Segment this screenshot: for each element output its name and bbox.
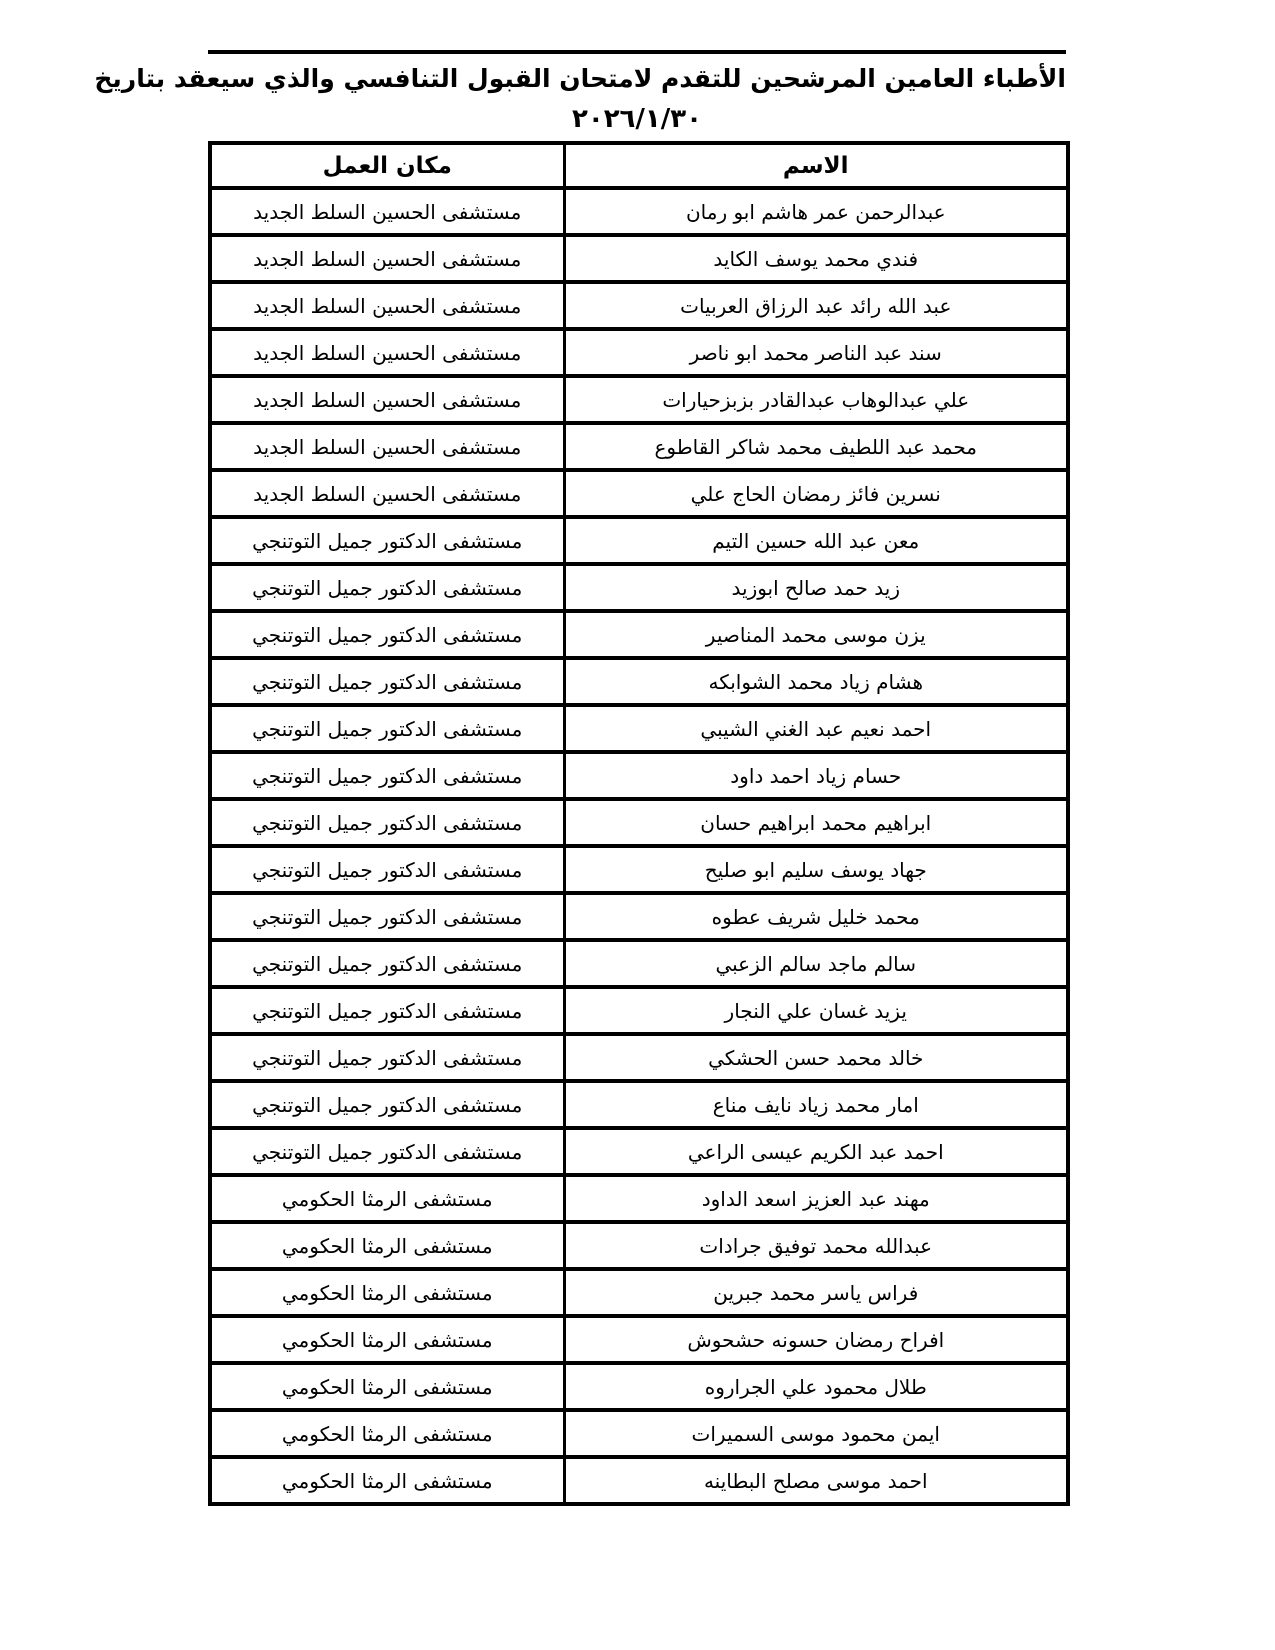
table-row: هشام زياد محمد الشوابكهمستشفى الدكتور جم… — [210, 658, 1068, 705]
cell-candidate-name: سالم ماجد سالم الزعبي — [564, 940, 1068, 987]
cell-workplace: مستشفى الدكتور جميل التوتنجي — [210, 987, 564, 1034]
cell-workplace: مستشفى الدكتور جميل التوتنجي — [210, 1081, 564, 1128]
cell-candidate-name: ابراهيم محمد ابراهيم حسان — [564, 799, 1068, 846]
cell-workplace: مستشفى الرمثا الحكومي — [210, 1363, 564, 1410]
table-row: ابراهيم محمد ابراهيم حسانمستشفى الدكتور … — [210, 799, 1068, 846]
cell-candidate-name: امار محمد زياد نايف مناع — [564, 1081, 1068, 1128]
table-row: فراس ياسر محمد جبرينمستشفى الرمثا الحكوم… — [210, 1269, 1068, 1316]
table-row: علي عبدالوهاب عبدالقادر بزبزحياراتمستشفى… — [210, 376, 1068, 423]
table-row: افراح رمضان حسونه حشحوشمستشفى الرمثا الح… — [210, 1316, 1068, 1363]
cell-workplace: مستشفى الدكتور جميل التوتنجي — [210, 517, 564, 564]
cell-workplace: مستشفى الحسين السلط الجديد — [210, 470, 564, 517]
cell-candidate-name: يزن موسى محمد المناصير — [564, 611, 1068, 658]
cell-workplace: مستشفى الحسين السلط الجديد — [210, 376, 564, 423]
cell-workplace: مستشفى الحسين السلط الجديد — [210, 235, 564, 282]
table-row: سالم ماجد سالم الزعبيمستشفى الدكتور جميل… — [210, 940, 1068, 987]
table-row: محمد خليل شريف عطوهمستشفى الدكتور جميل ا… — [210, 893, 1068, 940]
cell-workplace: مستشفى الرمثا الحكومي — [210, 1457, 564, 1504]
cell-workplace: مستشفى الدكتور جميل التوتنجي — [210, 940, 564, 987]
cell-workplace: مستشفى الرمثا الحكومي — [210, 1269, 564, 1316]
cell-workplace: مستشفى الحسين السلط الجديد — [210, 329, 564, 376]
cell-candidate-name: جهاد يوسف سليم ابو صليح — [564, 846, 1068, 893]
table-row: طلال محمود علي الجراروهمستشفى الرمثا الح… — [210, 1363, 1068, 1410]
table-row: عبدالله محمد توفيق جراداتمستشفى الرمثا ا… — [210, 1222, 1068, 1269]
table-body: عبدالرحمن عمر هاشم ابو رمانمستشفى الحسين… — [210, 188, 1068, 1504]
document-title-text: الأطباء العامين المرشحين للتقدم لامتحان … — [208, 58, 1066, 99]
document-page: الأطباء العامين المرشحين للتقدم لامتحان … — [0, 0, 1275, 1650]
cell-workplace: مستشفى الرمثا الحكومي — [210, 1316, 564, 1363]
table-row: احمد موسى مصلح البطاينهمستشفى الرمثا الح… — [210, 1457, 1068, 1504]
cell-workplace: مستشفى الدكتور جميل التوتنجي — [210, 658, 564, 705]
cell-candidate-name: عبدالله محمد توفيق جرادات — [564, 1222, 1068, 1269]
table-row: فندي محمد يوسف الكايدمستشفى الحسين السلط… — [210, 235, 1068, 282]
cell-candidate-name: خالد محمد حسن الحشكي — [564, 1034, 1068, 1081]
cell-candidate-name: احمد موسى مصلح البطاينه — [564, 1457, 1068, 1504]
table-row: يزن موسى محمد المناصيرمستشفى الدكتور جمي… — [210, 611, 1068, 658]
cell-workplace: مستشفى الرمثا الحكومي — [210, 1410, 564, 1457]
column-header-name: الاسم — [564, 143, 1068, 188]
document-title-date: ٢٠٢٦/١/٣٠ — [208, 99, 1066, 140]
cell-candidate-name: حسام زياد احمد داود — [564, 752, 1068, 799]
table-row: ايمن محمود موسى السميراتمستشفى الرمثا ال… — [210, 1410, 1068, 1457]
cell-workplace: مستشفى الدكتور جميل التوتنجي — [210, 564, 564, 611]
table-row: يزيد غسان علي النجارمستشفى الدكتور جميل … — [210, 987, 1068, 1034]
cell-candidate-name: فندي محمد يوسف الكايد — [564, 235, 1068, 282]
cell-workplace: مستشفى الدكتور جميل التوتنجي — [210, 893, 564, 940]
cell-candidate-name: افراح رمضان حسونه حشحوش — [564, 1316, 1068, 1363]
cell-workplace: مستشفى الرمثا الحكومي — [210, 1175, 564, 1222]
title-top-rule — [208, 50, 1066, 54]
cell-candidate-name: معن عبد الله حسين التيم — [564, 517, 1068, 564]
cell-candidate-name: زيد حمد صالح ابوزيد — [564, 564, 1068, 611]
table-row: مهند عبد العزيز اسعد الداودمستشفى الرمثا… — [210, 1175, 1068, 1222]
cell-candidate-name: ايمن محمود موسى السميرات — [564, 1410, 1068, 1457]
cell-candidate-name: علي عبدالوهاب عبدالقادر بزبزحيارات — [564, 376, 1068, 423]
table-header-row: الاسم مكان العمل — [210, 143, 1068, 188]
cell-candidate-name: يزيد غسان علي النجار — [564, 987, 1068, 1034]
cell-candidate-name: محمد خليل شريف عطوه — [564, 893, 1068, 940]
table-row: نسرين فائز رمضان الحاج عليمستشفى الحسين … — [210, 470, 1068, 517]
cell-workplace: مستشفى الدكتور جميل التوتنجي — [210, 1034, 564, 1081]
cell-workplace: مستشفى الدكتور جميل التوتنجي — [210, 705, 564, 752]
table-row: احمد عبد الكريم عيسى الراعيمستشفى الدكتو… — [210, 1128, 1068, 1175]
cell-candidate-name: محمد عبد اللطيف محمد شاكر القاطوع — [564, 423, 1068, 470]
table-row: زيد حمد صالح ابوزيدمستشفى الدكتور جميل ا… — [210, 564, 1068, 611]
column-header-workplace: مكان العمل — [210, 143, 564, 188]
cell-workplace: مستشفى الرمثا الحكومي — [210, 1222, 564, 1269]
cell-candidate-name: احمد عبد الكريم عيسى الراعي — [564, 1128, 1068, 1175]
cell-candidate-name: هشام زياد محمد الشوابكه — [564, 658, 1068, 705]
table-row: معن عبد الله حسين التيممستشفى الدكتور جم… — [210, 517, 1068, 564]
cell-workplace: مستشفى الدكتور جميل التوتنجي — [210, 752, 564, 799]
table-row: محمد عبد اللطيف محمد شاكر القاطوعمستشفى … — [210, 423, 1068, 470]
cell-workplace: مستشفى الحسين السلط الجديد — [210, 188, 564, 235]
cell-candidate-name: مهند عبد العزيز اسعد الداود — [564, 1175, 1068, 1222]
cell-workplace: مستشفى الدكتور جميل التوتنجي — [210, 1128, 564, 1175]
table-row: امار محمد زياد نايف مناعمستشفى الدكتور ج… — [210, 1081, 1068, 1128]
cell-workplace: مستشفى الدكتور جميل التوتنجي — [210, 846, 564, 893]
table-row: حسام زياد احمد داودمستشفى الدكتور جميل ا… — [210, 752, 1068, 799]
table-row: عبدالرحمن عمر هاشم ابو رمانمستشفى الحسين… — [210, 188, 1068, 235]
cell-workplace: مستشفى الدكتور جميل التوتنجي — [210, 611, 564, 658]
cell-candidate-name: عبدالرحمن عمر هاشم ابو رمان — [564, 188, 1068, 235]
cell-workplace: مستشفى الدكتور جميل التوتنجي — [210, 799, 564, 846]
table-row: عبد الله رائد عبد الرزاق العربياتمستشفى … — [210, 282, 1068, 329]
cell-candidate-name: فراس ياسر محمد جبرين — [564, 1269, 1068, 1316]
cell-candidate-name: نسرين فائز رمضان الحاج علي — [564, 470, 1068, 517]
document-title: الأطباء العامين المرشحين للتقدم لامتحان … — [208, 58, 1066, 140]
cell-candidate-name: احمد نعيم عبد الغني الشيبي — [564, 705, 1068, 752]
cell-candidate-name: سند عبد الناصر محمد ابو ناصر — [564, 329, 1068, 376]
table-row: سند عبد الناصر محمد ابو ناصرمستشفى الحسي… — [210, 329, 1068, 376]
cell-workplace: مستشفى الحسين السلط الجديد — [210, 282, 564, 329]
candidates-table: الاسم مكان العمل عبدالرحمن عمر هاشم ابو … — [208, 141, 1070, 1506]
cell-workplace: مستشفى الحسين السلط الجديد — [210, 423, 564, 470]
table-row: جهاد يوسف سليم ابو صليحمستشفى الدكتور جم… — [210, 846, 1068, 893]
cell-candidate-name: طلال محمود علي الجراروه — [564, 1363, 1068, 1410]
cell-candidate-name: عبد الله رائد عبد الرزاق العربيات — [564, 282, 1068, 329]
table-row: احمد نعيم عبد الغني الشيبيمستشفى الدكتور… — [210, 705, 1068, 752]
table-row: خالد محمد حسن الحشكيمستشفى الدكتور جميل … — [210, 1034, 1068, 1081]
